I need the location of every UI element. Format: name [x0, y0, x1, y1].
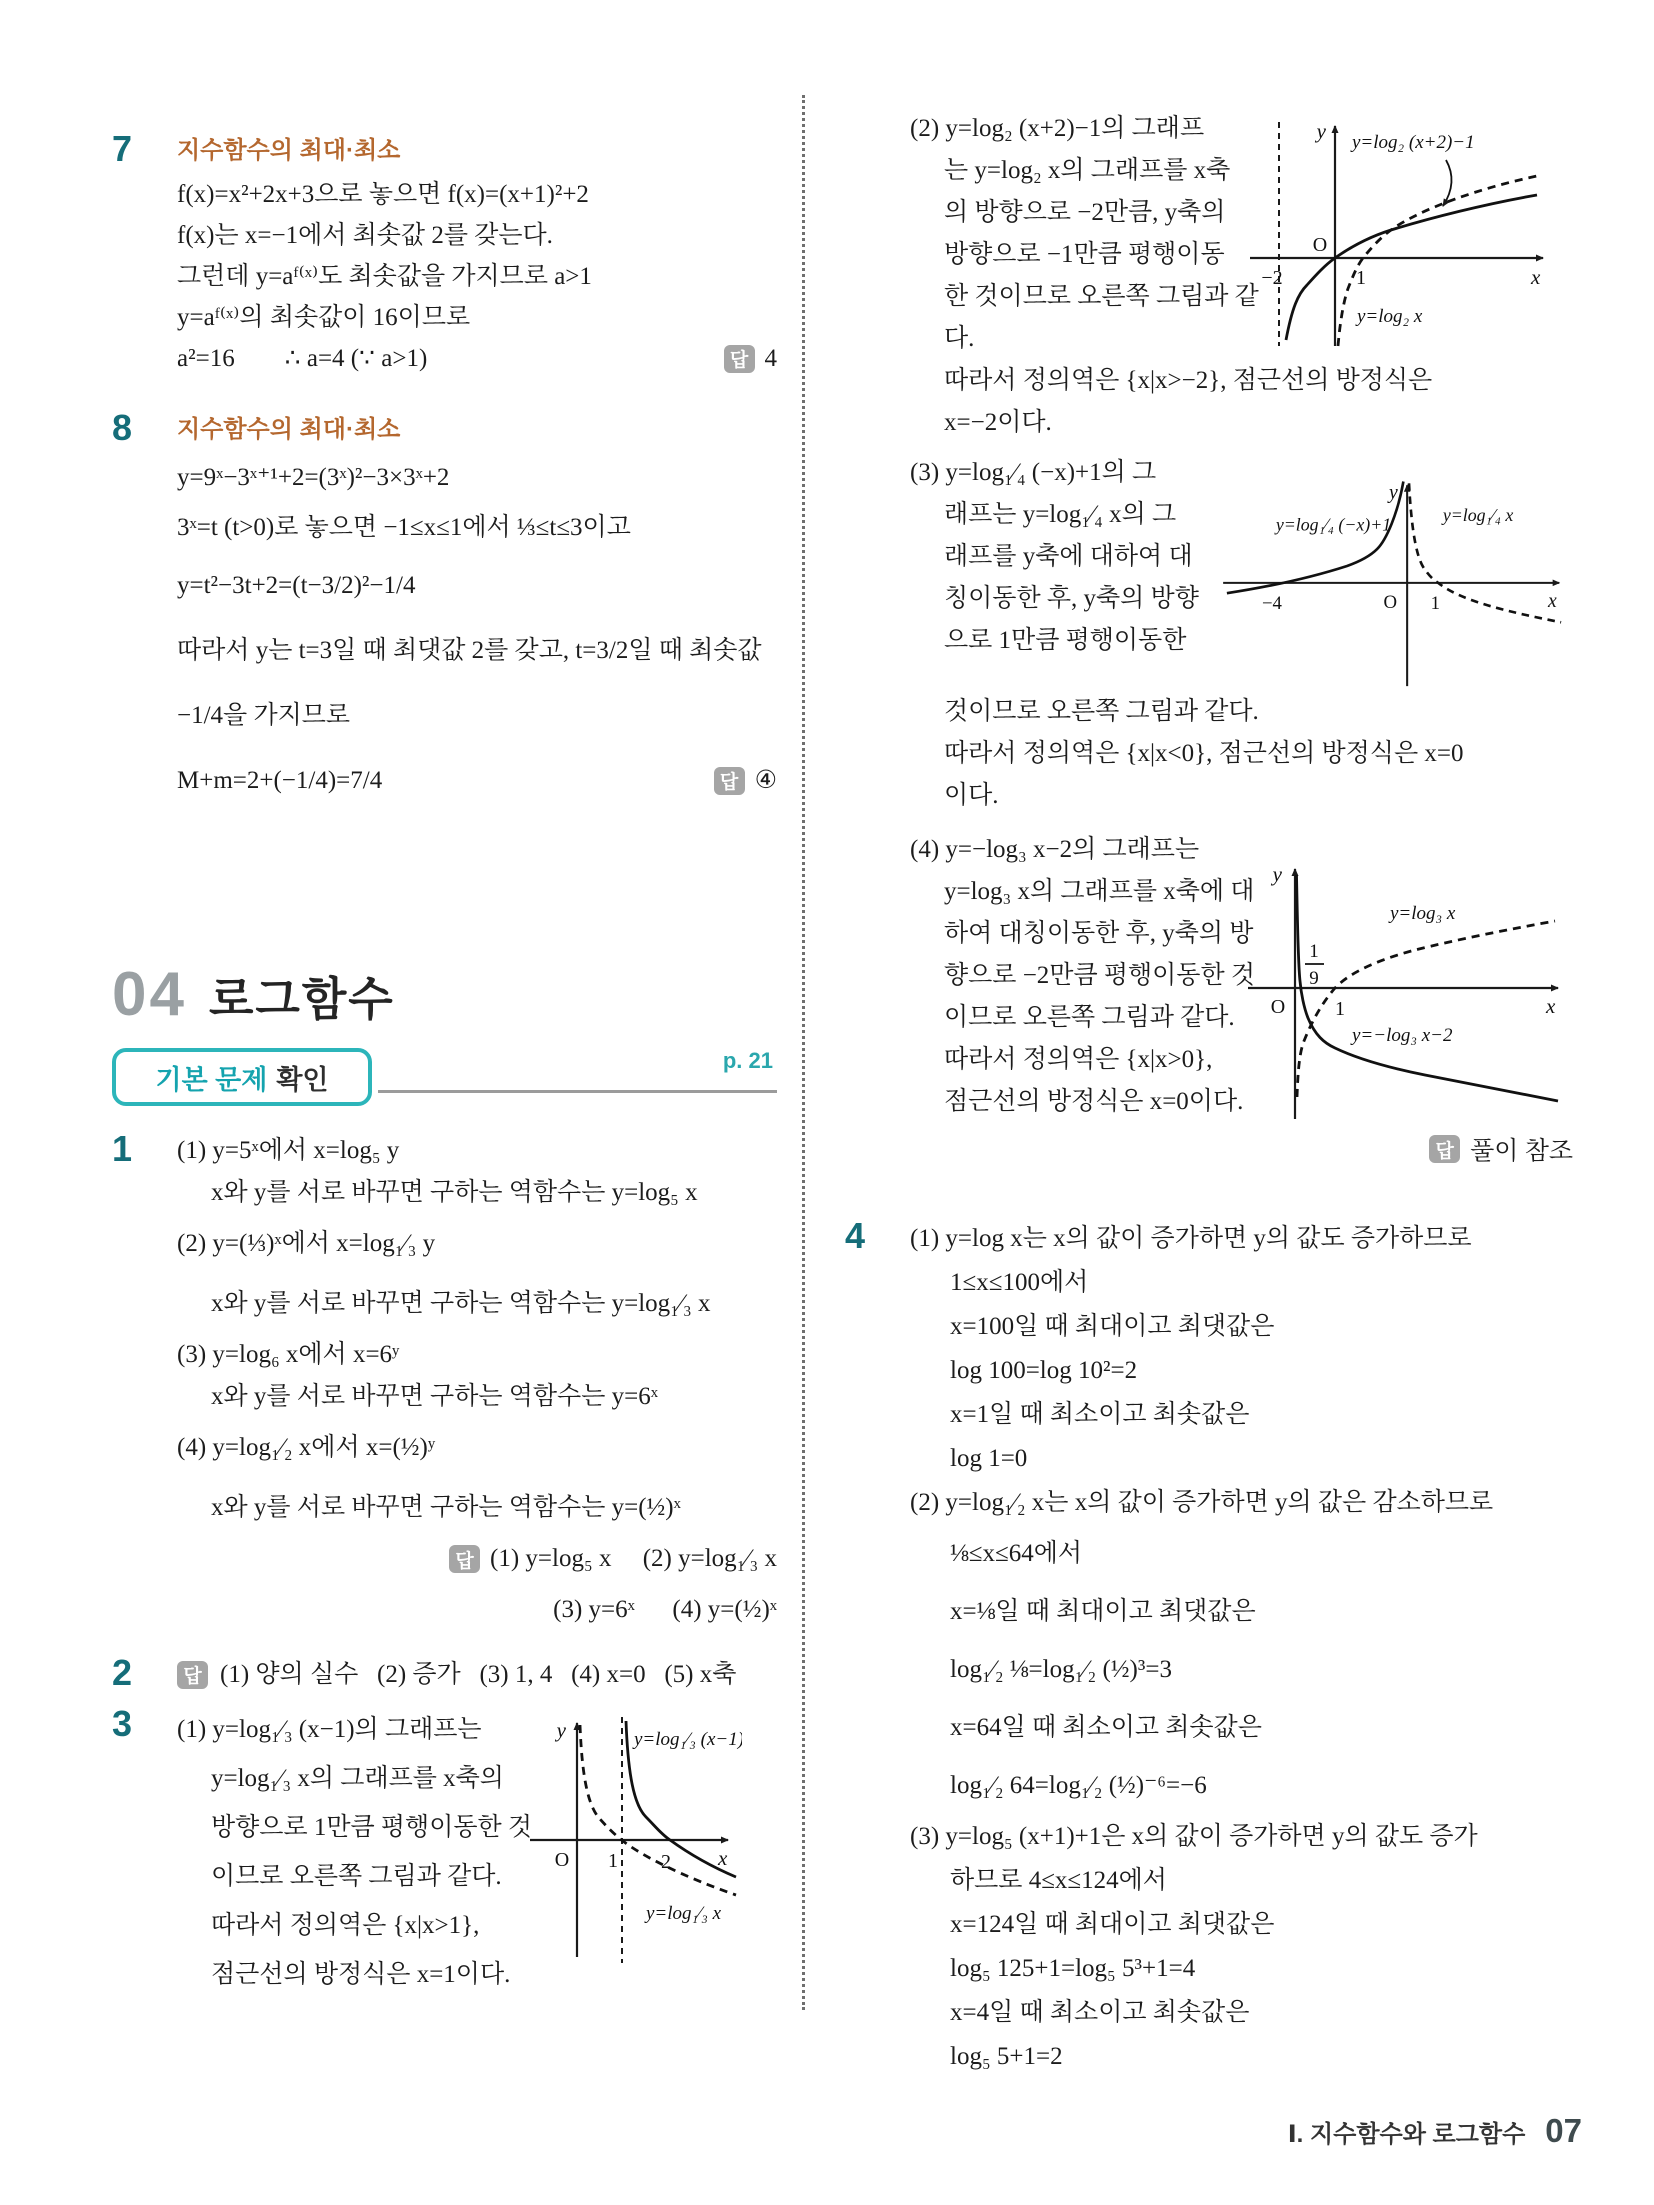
solution-line: 따라서 정의역은 {x|x>1},: [177, 1901, 522, 1950]
curve-dashed: [580, 1725, 736, 1895]
x-axis-label: x: [717, 1846, 728, 1870]
solution-line: x=64일 때 최소이고 최솟값은: [910, 1699, 1573, 1757]
y-axis-label: y: [1387, 481, 1398, 503]
y-axis-label: y: [1271, 862, 1283, 886]
tick-label: 2: [661, 1851, 671, 1873]
solution-line: −1/4을 가지므로: [177, 683, 777, 748]
solution-line: 이므로 오른쪽 그림과 같다.: [910, 997, 1240, 1039]
solution-line: log 100=log 10²=2: [910, 1349, 1573, 1393]
section-number: 04: [112, 959, 187, 1030]
solution-line: 점근선의 방정식은 x=1이다.: [177, 1950, 522, 1999]
answer: 답 ④: [714, 748, 777, 813]
problem-title: 지수함수의 최대·최소: [177, 130, 777, 174]
solution-line: (4) y=log₁⁄₂ x에서 x=(½)ʸ: [177, 1418, 777, 1478]
solution-line: log₅ 125+1=log₅ 5³+1=4: [910, 1947, 1573, 1991]
solution-line: 한 것이므로 오른쪽 그림과 같: [910, 276, 1240, 318]
curve-label-dashed: y=log₃ x: [1388, 903, 1456, 924]
curve-label-dashed: y=log₁⁄₄ x: [1441, 505, 1514, 525]
solution-line: 따라서 y는 t=3일 때 최댓값 2를 갖고, t=3/2일 때 최솟값: [177, 618, 777, 683]
solution-line: 이다.: [910, 775, 1573, 817]
curve-label-dashed: y=log₂ x: [1355, 306, 1423, 327]
solution-with-figure: (2) y=log₂ (x+2)−1의 그래프 는 y=log₂ x의 그래프를…: [910, 108, 1573, 360]
fraction-numerator: 1: [1309, 941, 1319, 962]
solution-line: 칭이동한 후, y축의 방향: [910, 578, 1210, 620]
solution-line: a²=16 ∴ a=4 (∵ a>1): [177, 338, 427, 379]
graph-log-quarter-reflected: y=log₁⁄₄ (−x)+1 y=log₁⁄₄ x O −4 1 x y: [1210, 470, 1578, 691]
answer: 답 4: [724, 338, 778, 379]
solution-text: (4) y=−log₃ x−2의 그래프는 y=log₃ x의 그래프를 x축에…: [910, 829, 1240, 1123]
origin-label: O: [1271, 996, 1285, 1018]
solution-line: 3ˣ=t (t>0)로 놓으면 −1≤x≤1에서 ⅓≤t≤3이고: [177, 503, 777, 553]
problem-7: 7 지수함수의 최대·최소 f(x)=x²+2x+3으로 놓으면 f(x)=(x…: [112, 130, 777, 379]
solution-line: y=aᶠ⁽ˣ⁾의 최솟값이 16이므로: [177, 297, 777, 338]
chapter-title: Ⅰ. 지수함수와 로그함수: [1288, 2114, 1526, 2149]
problem-number: 3: [112, 1703, 132, 1745]
curve-label-dashed: y=log₁⁄₃ x: [644, 1903, 722, 1924]
curve-label-solid: y=log₁⁄₃ (x−1): [632, 1729, 742, 1750]
graph-log2-shifted: y=log₂ (x+2)−1 y=log₂ x O −2 1 x y: [1240, 108, 1575, 353]
solution-with-figure: (4) y=−log₃ x−2의 그래프는 y=log₃ x의 그래프를 x축에…: [910, 829, 1573, 1125]
curve-label-solid: y=−log₃ x−2: [1350, 1025, 1453, 1046]
x-axis-label: x: [1547, 590, 1557, 612]
solution-line: x=124일 때 최대이고 최댓값은: [910, 1903, 1573, 1947]
problem-title: 지수함수의 최대·최소: [177, 409, 777, 453]
solution-line: (2) y=log₂ (x+2)−1의 그래프: [910, 108, 1240, 150]
solution-line: x와 y를 서로 바꾸면 구하는 역함수는 y=log₅ x: [177, 1172, 777, 1214]
y-axis-label: y: [1315, 119, 1327, 143]
fraction-denominator: 9: [1309, 968, 1319, 989]
solution-line: (2) y=(⅓)ˣ에서 x=log₁⁄₃ y: [177, 1214, 777, 1274]
banner-label-accent: 기본 문제: [155, 1058, 267, 1097]
solution-line: 다.: [910, 318, 1240, 360]
tick-label: 1: [1335, 998, 1345, 1020]
solution-line: y=log₁⁄₃ x의 그래프를 x축의: [177, 1754, 522, 1803]
solution-line: 향으로 −2만큼 평행이동한 것: [910, 955, 1240, 997]
answer-value: 4: [765, 338, 778, 379]
page-reference: p. 21: [723, 1048, 773, 1074]
solution-line: (1) y=log x는 x의 값이 증가하면 y의 값도 증가하므로: [910, 1217, 1573, 1261]
answer-row: 답 (1) 양의 실수 (2) 증가 (3) 1, 4 (4) x=0 (5) …: [177, 1654, 777, 1695]
banner-box: 기본 문제 확인: [112, 1048, 372, 1106]
solution-line: 래프는 y=log₁⁄₄ x의 그: [910, 494, 1210, 536]
solution-line: log₅ 5+1=2: [910, 2035, 1573, 2079]
solution-line: x=⅛일 때 최대이고 최댓값은: [910, 1583, 1573, 1641]
solution-line: 하므로 4≤x≤124에서: [910, 1859, 1573, 1903]
solution-line: x=4일 때 최소이고 최솟값은: [910, 1991, 1573, 2035]
solution-line: (2) y=log₁⁄₂ x는 x의 값이 증가하면 y의 값은 감소하므로: [910, 1481, 1573, 1525]
solution-line: (3) y=log₅ (x+1)+1은 x의 값이 증가하면 y의 값도 증가: [910, 1815, 1573, 1859]
solution-line: y=9ˣ−3ˣ⁺¹+2=(3ˣ)²−3×3ˣ+2: [177, 453, 777, 503]
solution-line: 방향으로 −1만큼 평행이동: [910, 234, 1240, 276]
right-column: (2) y=log₂ (x+2)−1의 그래프 는 y=log₂ x의 그래프를…: [845, 108, 1573, 2079]
solution-line: 그런데 y=aᶠ⁽ˣ⁾도 최솟값을 가지므로 a>1: [177, 256, 777, 297]
solution-line: 으로 1만큼 평행이동한: [910, 620, 1210, 662]
solution-line: 따라서 정의역은 {x|x>0},: [910, 1039, 1240, 1081]
problem-2: 2 답 (1) 양의 실수 (2) 증가 (3) 1, 4 (4) x=0 (5…: [112, 1654, 777, 1695]
x-axis-label: x: [1530, 265, 1541, 289]
origin-label: O: [1383, 592, 1397, 613]
answer-row: 답 (1) y=log₅ x (2) y=log₁⁄₃ x: [177, 1538, 777, 1580]
tick-label: −4: [1262, 593, 1283, 614]
problem-3-item2: (2) y=log₂ (x+2)−1의 그래프 는 y=log₂ x의 그래프를…: [845, 108, 1573, 444]
basic-problems-banner: 기본 문제 확인 p. 21: [112, 1048, 777, 1108]
curve-solid: [1227, 481, 1403, 593]
solution-line: x와 y를 서로 바꾸면 구하는 역함수는 y=(½)ˣ: [177, 1478, 777, 1538]
graph-log-one-third-shifted: y=log₁⁄₃ (x−1) y=log₁⁄₃ x O 1 2 x y: [522, 1705, 742, 1977]
problem-3-item4: (4) y=−log₃ x−2의 그래프는 y=log₃ x의 그래프를 x축에…: [845, 829, 1573, 1167]
solution-text: (2) y=log₂ (x+2)−1의 그래프 는 y=log₂ x의 그래프를…: [910, 108, 1240, 360]
curve-label-solid: y=log₂ (x+2)−1: [1350, 132, 1475, 153]
x-axis-label: x: [1545, 994, 1556, 1018]
solution-line: 1≤x≤100에서: [910, 1261, 1573, 1305]
problem-3-item3: (3) y=log₁⁄₄ (−x)+1의 그 래프는 y=log₁⁄₄ x의 그…: [845, 452, 1573, 817]
answer-value: ④: [755, 748, 777, 813]
tick-label: 1: [1356, 267, 1366, 289]
answer-badge: 답: [449, 1545, 480, 1573]
solution-line: y=t²−3t+2=(t−3/2)²−1/4: [177, 553, 777, 618]
banner-label-rest: 확인: [276, 1058, 328, 1097]
tick-label: −2: [1261, 267, 1282, 289]
tick-label: 1: [608, 1850, 618, 1872]
solution-line: 따라서 정의역은 {x|x<0}, 점근선의 방정식은 x=0: [910, 733, 1573, 775]
solution-line: 것이므로 오른쪽 그림과 같다.: [910, 691, 1573, 733]
solution-line: x와 y를 서로 바꾸면 구하는 역함수는 y=6ˣ: [177, 1376, 777, 1418]
problem-4: 4 (1) y=log x는 x의 값이 증가하면 y의 값도 증가하므로 1≤…: [845, 1217, 1573, 2079]
problem-number: 8: [112, 407, 132, 449]
solution-line: x와 y를 서로 바꾸면 구하는 역함수는 y=log₁⁄₃ x: [177, 1274, 777, 1334]
solution-line: f(x)=x²+2x+3으로 놓으면 f(x)=(x+1)²+2: [177, 174, 777, 215]
solution-line: (3) y=log₁⁄₄ (−x)+1의 그: [910, 452, 1210, 494]
solution-line-with-answer: a²=16 ∴ a=4 (∵ a>1) 답 4: [177, 338, 777, 379]
answer-badge: 답: [177, 1661, 208, 1689]
solution-line: ⅛≤x≤64에서: [910, 1525, 1573, 1583]
problem-1: 1 (1) y=5ˣ에서 x=log₅ y x와 y를 서로 바꾸면 구하는 역…: [112, 1130, 777, 1640]
section-title: 로그함수: [209, 963, 395, 1029]
problem-number: 4: [845, 1215, 865, 1257]
solution-line: 점근선의 방정식은 x=0이다.: [910, 1081, 1240, 1123]
curve-label-solid: y=log₁⁄₄ (−x)+1: [1274, 514, 1391, 535]
solution-line: (1) y=5ˣ에서 x=log₅ y: [177, 1130, 777, 1172]
solution-line: log 1=0: [910, 1437, 1573, 1481]
solution-line: 하여 대칭이동한 후, y축의 방: [910, 913, 1240, 955]
solution-line: f(x)는 x=−1에서 최솟값 2를 갖는다.: [177, 215, 777, 256]
solution-text: (3) y=log₁⁄₄ (−x)+1의 그 래프는 y=log₁⁄₄ x의 그…: [910, 452, 1210, 662]
solution-line-with-answer: M+m=2+(−1/4)=7/4 답 ④: [177, 748, 777, 813]
column-divider: [802, 95, 805, 2010]
answer-row: (3) y=6ˣ (4) y=(½)ˣ: [177, 1580, 777, 1640]
answer-badge: 답: [1429, 1135, 1460, 1163]
solution-line: 따라서 정의역은 {x|x>−2}, 점근선의 방정식은: [910, 360, 1573, 402]
y-axis-label: y: [555, 1718, 567, 1742]
problem-8: 8 지수함수의 최대·최소 y=9ˣ−3ˣ⁺¹+2=(3ˣ)²−3×3ˣ+2 3…: [112, 409, 777, 813]
problem-3: 3 (1) y=log₁⁄₃ (x−1)의 그래프는 y=log₁⁄₃ x의 그…: [112, 1705, 777, 1999]
solution-line: x=−2이다.: [910, 402, 1573, 444]
solution-line: log₁⁄₂ 64=log₁⁄₂ (½)⁻⁶=−6: [910, 1757, 1573, 1815]
solution-line: y=log₃ x의 그래프를 x축에 대: [910, 871, 1240, 913]
solution-line: 의 방향으로 −2만큼, y축의: [910, 192, 1240, 234]
tick-label: 1: [1431, 593, 1440, 614]
answer-badge: 답: [714, 767, 745, 795]
solution-text: (1) y=log₁⁄₃ (x−1)의 그래프는 y=log₁⁄₃ x의 그래프…: [177, 1705, 522, 1999]
solution-line: log₁⁄₂ ⅛=log₁⁄₂ (½)³=3: [910, 1641, 1573, 1699]
answer-values: (1) y=log₅ x (2) y=log₁⁄₃ x: [490, 1538, 777, 1580]
solution-line: x=100일 때 최대이고 최댓값은: [910, 1305, 1573, 1349]
solution-line: x=1일 때 최소이고 최솟값은: [910, 1393, 1573, 1437]
solution-with-figure: (1) y=log₁⁄₃ (x−1)의 그래프는 y=log₁⁄₃ x의 그래프…: [177, 1705, 777, 1999]
solution-line: 래프를 y축에 대하여 대: [910, 536, 1210, 578]
solution-line: 이므로 오른쪽 그림과 같다.: [177, 1852, 522, 1901]
graph-log3-reflected-shifted: 1 9 y=log₃ x y=−log₃ x−2 O 1 x y: [1240, 853, 1570, 1125]
origin-label: O: [1313, 234, 1327, 256]
solution-with-figure: (3) y=log₁⁄₄ (−x)+1의 그 래프는 y=log₁⁄₄ x의 그…: [910, 452, 1573, 691]
banner-rule: [378, 1090, 777, 1093]
answer-values: (1) 양의 실수 (2) 증가 (3) 1, 4 (4) x=0 (5) x축: [220, 1654, 736, 1695]
solution-line: (3) y=log₆ x에서 x=6ʸ: [177, 1334, 777, 1376]
textbook-solutions-page: 7 지수함수의 최대·최소 f(x)=x²+2x+3으로 놓으면 f(x)=(x…: [0, 0, 1654, 2205]
origin-label: O: [555, 1849, 569, 1871]
label-arrow: [1443, 160, 1451, 206]
solution-line: 방향으로 1만큼 평행이동한 것: [177, 1803, 522, 1852]
problem-number: 2: [112, 1652, 132, 1694]
solution-line: (1) y=log₁⁄₃ (x−1)의 그래프는: [177, 1705, 522, 1754]
answer-value: 풀이 참조: [1470, 1131, 1573, 1167]
left-column: 7 지수함수의 최대·최소 f(x)=x²+2x+3으로 놓으면 f(x)=(x…: [112, 130, 777, 1999]
answer-badge: 답: [724, 345, 755, 373]
solution-line: M+m=2+(−1/4)=7/4: [177, 748, 382, 813]
solution-line: (4) y=−log₃ x−2의 그래프는: [910, 829, 1240, 871]
problem-number: 7: [112, 128, 132, 170]
page-number: 07: [1545, 2112, 1582, 2150]
solution-line: 는 y=log₂ x의 그래프를 x축: [910, 150, 1240, 192]
answer-row: 답 풀이 참조: [910, 1131, 1573, 1167]
problem-number: 1: [112, 1128, 132, 1170]
answer-values: (3) y=6ˣ (4) y=(½)ˣ: [553, 1580, 777, 1640]
section-heading: 04 로그함수: [112, 959, 777, 1030]
page-footer: Ⅰ. 지수함수와 로그함수 07: [1288, 2112, 1582, 2150]
